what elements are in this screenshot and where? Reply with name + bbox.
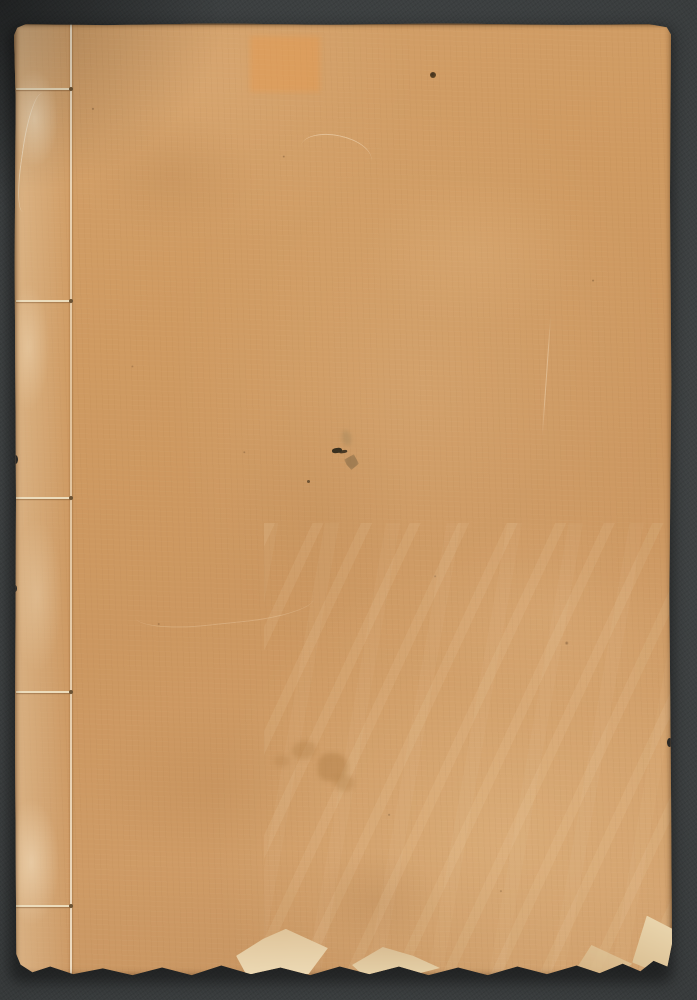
stain <box>292 741 316 759</box>
ink-dash <box>332 447 343 453</box>
book-back-cover <box>14 23 672 977</box>
ink-smudge <box>343 453 360 470</box>
stain <box>274 755 290 767</box>
stitch-hole <box>69 690 73 694</box>
ink-speck <box>430 72 436 78</box>
ink-marks <box>304 428 384 498</box>
stamp-remnant <box>250 36 320 92</box>
stitch-thread <box>16 88 71 90</box>
stain <box>334 775 354 791</box>
stitch-thread <box>16 691 71 693</box>
stitch-hole <box>69 87 73 91</box>
stitch-thread <box>16 497 71 499</box>
ink-speck <box>307 480 310 483</box>
photograph <box>0 0 697 1000</box>
stain-group <box>264 723 384 813</box>
spine-fold-crease <box>70 23 72 977</box>
stitch-hole <box>69 299 73 303</box>
stitch-hole <box>69 496 73 500</box>
stitch-thread <box>16 300 71 302</box>
stitch-hole <box>69 904 73 908</box>
ink-smear <box>340 429 352 447</box>
stitch-thread <box>16 905 71 907</box>
